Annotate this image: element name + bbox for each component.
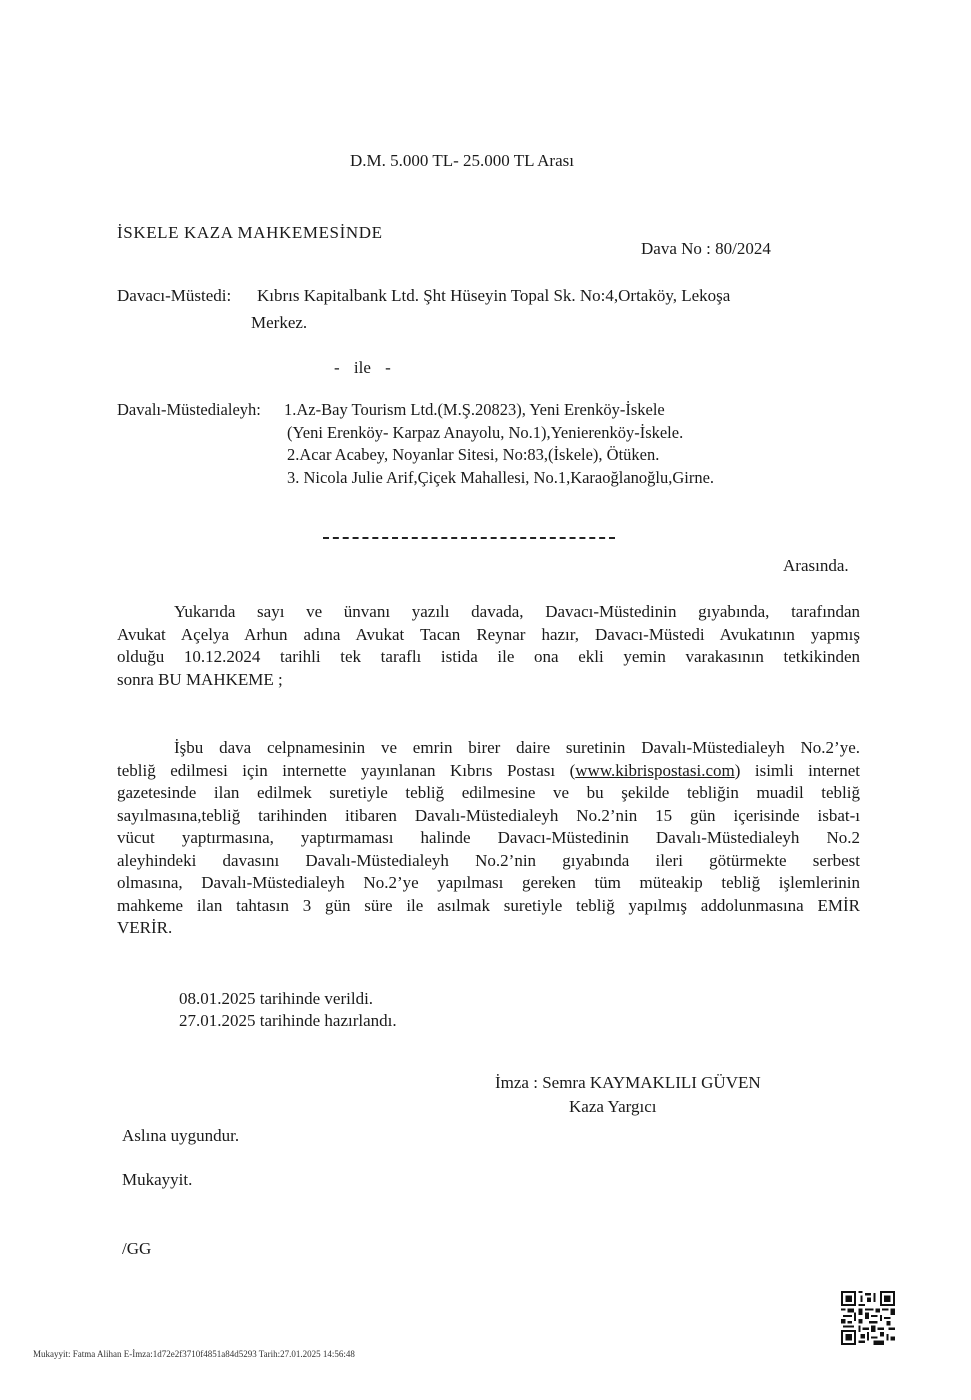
issued-date: 08.01.2025 tarihinde verildi. xyxy=(179,988,397,1010)
paragraph-line: aleyhindeki davasını Davalı-Müstedialeyh… xyxy=(117,850,860,873)
order-paragraph: İşbu dava celpnamesinin ve emrin birer d… xyxy=(117,737,860,940)
qr-code-icon xyxy=(841,1291,895,1345)
court-name: İSKELE KAZA MAHKEMESİNDE xyxy=(117,223,383,243)
judge-title: Kaza Yargıcı xyxy=(569,1097,657,1117)
fee-range-heading: D.M. 5.000 TL- 25.000 TL Arası xyxy=(350,151,574,171)
e-signature-footer: Mukayyit: Fatma Alihan E-İmza:1d72e2f371… xyxy=(33,1349,355,1359)
initials: /GG xyxy=(122,1239,151,1259)
kibrispostasi-link[interactable]: www.kibrispostasi.com xyxy=(575,761,734,780)
paragraph-line: sayılmasına,tebliğ tarihinden itibaren D… xyxy=(117,805,860,828)
paragraph-line: Avukat Açelya Arhun adına Avukat Tacan R… xyxy=(117,624,860,647)
defendant-line: 3. Nicola Julie Arif,Çiçek Mahallesi, No… xyxy=(287,468,714,488)
paragraph-text: tebliğ edilmesi için internette yayınlan… xyxy=(117,761,575,780)
dates-block: 08.01.2025 tarihinde verildi. 27.01.2025… xyxy=(179,988,397,1032)
prepared-date: 27.01.2025 tarihinde hazırlandı. xyxy=(179,1010,397,1032)
parties-separator: - ile - xyxy=(334,358,391,378)
paragraph-line: gazetesinde ilan edilmek suretiyle tebli… xyxy=(117,782,860,805)
paragraph-line: VERİR. xyxy=(117,917,860,940)
defendant-line: 1.Az-Bay Tourism Ltd.(M.Ş.20823), Yeni E… xyxy=(284,400,665,420)
paragraph-line: vücut yaptırmasına, yaptırmaması halinde… xyxy=(117,827,860,850)
plaintiff-value: Kıbrıs Kapitalbank Ltd. Şht Hüseyin Topa… xyxy=(257,286,730,306)
certified-copy-note: Aslına uygundur. xyxy=(122,1126,239,1146)
signature-line: İmza : Semra KAYMAKLILI GÜVEN xyxy=(495,1073,761,1093)
plaintiff-value-continuation: Merkez. xyxy=(251,313,307,333)
paragraph-line: olduğu 10.12.2024 tarihli tek taraflı is… xyxy=(117,646,860,669)
case-number: Dava No : 80/2024 xyxy=(641,239,771,259)
between-label: Arasında. xyxy=(783,556,849,576)
paragraph-line: Yukarıda sayı ve ünvanı yazılı davada, D… xyxy=(174,602,860,621)
defendant-label: Davalı-Müstedialeyh: xyxy=(117,400,261,420)
paragraph-line: olmasına, Davalı-Müstedialeyh No.2’ye ya… xyxy=(117,872,860,895)
paragraph-line: İşbu dava celpnamesinin ve emrin birer d… xyxy=(174,738,860,757)
registrar-label: Mukayyit. xyxy=(122,1170,192,1190)
defendant-line: 2.Acar Acabey, Noyanlar Sitesi, No:83,(İ… xyxy=(287,445,659,465)
dashed-divider xyxy=(323,537,615,539)
preamble-paragraph: Yukarıda sayı ve ünvanı yazılı davada, D… xyxy=(117,601,860,691)
paragraph-line: sonra BU MAHKEME ; xyxy=(117,669,860,692)
paragraph-line: mahkeme ilan tahtasın 3 gün süre ile ası… xyxy=(117,895,860,918)
defendant-line: (Yeni Erenköy- Karpaz Anayolu, No.1),Yen… xyxy=(287,423,683,443)
paragraph-text: ) isimli internet xyxy=(735,761,860,780)
plaintiff-label: Davacı-Müstedi: xyxy=(117,286,231,306)
